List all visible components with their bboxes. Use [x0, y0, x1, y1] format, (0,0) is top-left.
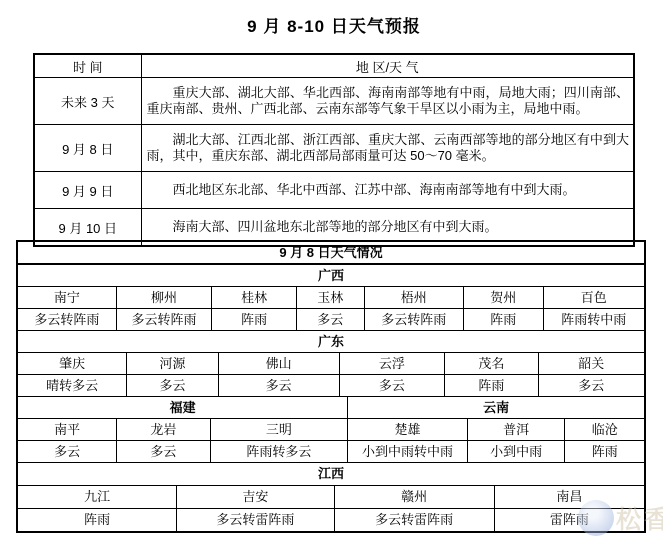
city-cell: 吉安	[176, 485, 333, 508]
forecast-desc-cell: 重庆大部、湖北大部、华北西部、海南南部等地有中雨，局地大雨；四川南部、重庆南部、…	[141, 78, 634, 125]
forecast-row: 未来 3 天重庆大部、湖北大部、华北西部、海南南部等地有中雨，局地大雨；四川南部…	[34, 78, 634, 125]
city-cell: 龙岩	[116, 418, 209, 440]
weather-cell: 多云转阵雨	[18, 308, 116, 330]
region-header-row: 广西	[18, 264, 644, 286]
weather-cell: 小到中雨转中雨	[347, 440, 467, 462]
weather-cell: 多云	[538, 374, 644, 396]
weather-cell: 多云	[296, 308, 364, 330]
city-cell: 云浮	[339, 352, 445, 374]
city-cell: 韶关	[538, 352, 644, 374]
weather-row: 多云多云阵雨转多云小到中雨转中雨小到中雨阵雨	[18, 440, 644, 462]
weather-cell: 多云	[116, 440, 209, 462]
region-header-row: 江西	[18, 462, 644, 485]
city-cell: 赣州	[334, 485, 494, 508]
city-cell: 肇庆	[18, 352, 126, 374]
weather-cell: 阵雨	[564, 440, 644, 462]
city-cell: 桂林	[211, 286, 296, 308]
weather-cell: 多云	[126, 374, 217, 396]
city-row: 南宁柳州桂林玉林梧州贺州百色	[18, 286, 644, 308]
forecast-row: 9 月 8 日湖北大部、江西北部、浙江西部、重庆大部、云南西部等地的部分地区有中…	[34, 125, 634, 172]
weather-row: 阵雨多云转雷阵雨多云转雷阵雨雷阵雨	[18, 508, 644, 531]
city-cell: 玉林	[296, 286, 364, 308]
forecast-time-cell: 未来 3 天	[34, 78, 141, 125]
city-cell: 南平	[18, 418, 116, 440]
weather-cell: 雷阵雨	[494, 508, 644, 531]
weather-cell: 阵雨	[444, 374, 537, 396]
forecast-header-region-weather: 地 区/天 气	[141, 54, 634, 78]
forecast-row: 9 月 9 日西北地区东北部、华北中西部、江苏中部、海南南部等地有中到大雨。	[34, 172, 634, 209]
city-cell: 梧州	[364, 286, 464, 308]
conditions-title: 9 月 8 日天气情况	[18, 242, 644, 264]
city-row: 九江吉安赣州南昌	[18, 485, 644, 508]
weather-cell: 多云	[18, 440, 116, 462]
weather-cell: 多云	[218, 374, 339, 396]
city-cell: 贺州	[463, 286, 543, 308]
city-cell: 百色	[543, 286, 644, 308]
weather-cell: 小到中雨	[467, 440, 565, 462]
city-cell: 楚雄	[347, 418, 467, 440]
city-cell: 河源	[126, 352, 217, 374]
city-cell: 三明	[210, 418, 348, 440]
city-cell: 柳州	[116, 286, 212, 308]
forecast-desc-text: 海南大部、四川盆地东北部等地的部分地区有中到大雨。	[147, 219, 630, 235]
city-row: 南平龙岩三明楚雄普洱临沧	[18, 418, 644, 440]
weather-row: 多云转阵雨多云转阵雨阵雨多云多云转阵雨阵雨阵雨转中雨	[18, 308, 644, 330]
city-cell: 普洱	[467, 418, 565, 440]
city-row: 肇庆河源佛山云浮茂名韶关	[18, 352, 644, 374]
forecast-desc-cell: 湖北大部、江西北部、浙江西部、重庆大部、云南西部等地的部分地区有中到大雨，其中，…	[141, 125, 634, 172]
page-title: 9 月 8-10 日天气预报	[33, 12, 635, 37]
region-header-cell: 广西	[18, 264, 644, 286]
region-header-row: 广东	[18, 330, 644, 352]
weather-cell: 阵雨	[18, 508, 176, 531]
weather-cell: 阵雨	[463, 308, 543, 330]
city-cell: 临沧	[564, 418, 644, 440]
weather-cell: 阵雨	[211, 308, 296, 330]
weather-row: 晴转多云多云多云多云阵雨多云	[18, 374, 644, 396]
region-header-row: 福建云南	[18, 396, 644, 418]
weather-cell: 多云转雷阵雨	[176, 508, 333, 531]
city-cell: 佛山	[218, 352, 339, 374]
region-header-cell: 福建	[18, 396, 347, 418]
forecast-table: 时 间 地 区/天 气 未来 3 天重庆大部、湖北大部、华北西部、海南南部等地有…	[33, 53, 635, 247]
forecast-time-cell: 9 月 9 日	[34, 172, 141, 209]
weather-cell: 多云转阵雨	[364, 308, 464, 330]
region-header-cell: 广东	[18, 330, 644, 352]
region-header-cell: 江西	[18, 462, 644, 485]
forecast-desc-text: 重庆大部、湖北大部、华北西部、海南南部等地有中雨，局地大雨；四川南部、重庆南部、…	[147, 85, 630, 117]
forecast-desc-text: 湖北大部、江西北部、浙江西部、重庆大部、云南西部等地的部分地区有中到大雨，其中，…	[147, 132, 630, 164]
city-cell: 九江	[18, 485, 176, 508]
weather-cell: 晴转多云	[18, 374, 126, 396]
forecast-header-row: 时 间 地 区/天 气	[34, 54, 634, 78]
weather-cell: 多云转雷阵雨	[334, 508, 494, 531]
forecast-desc-text: 西北地区东北部、华北中西部、江苏中部、海南南部等地有中到大雨。	[147, 182, 630, 198]
city-cell: 南昌	[494, 485, 644, 508]
forecast-header-time: 时 间	[34, 54, 141, 78]
region-header-cell: 云南	[347, 396, 644, 418]
city-cell: 茂名	[444, 352, 537, 374]
conditions-table: 9 月 8 日天气情况 广西南宁柳州桂林玉林梧州贺州百色多云转阵雨多云转阵雨阵雨…	[16, 240, 646, 533]
weather-cell: 阵雨转中雨	[543, 308, 644, 330]
forecast-time-cell: 9 月 8 日	[34, 125, 141, 172]
weather-cell: 多云	[339, 374, 445, 396]
city-cell: 南宁	[18, 286, 116, 308]
weather-cell: 阵雨转多云	[210, 440, 348, 462]
weather-cell: 多云转阵雨	[116, 308, 212, 330]
forecast-desc-cell: 西北地区东北部、华北中西部、江苏中部、海南南部等地有中到大雨。	[141, 172, 634, 209]
